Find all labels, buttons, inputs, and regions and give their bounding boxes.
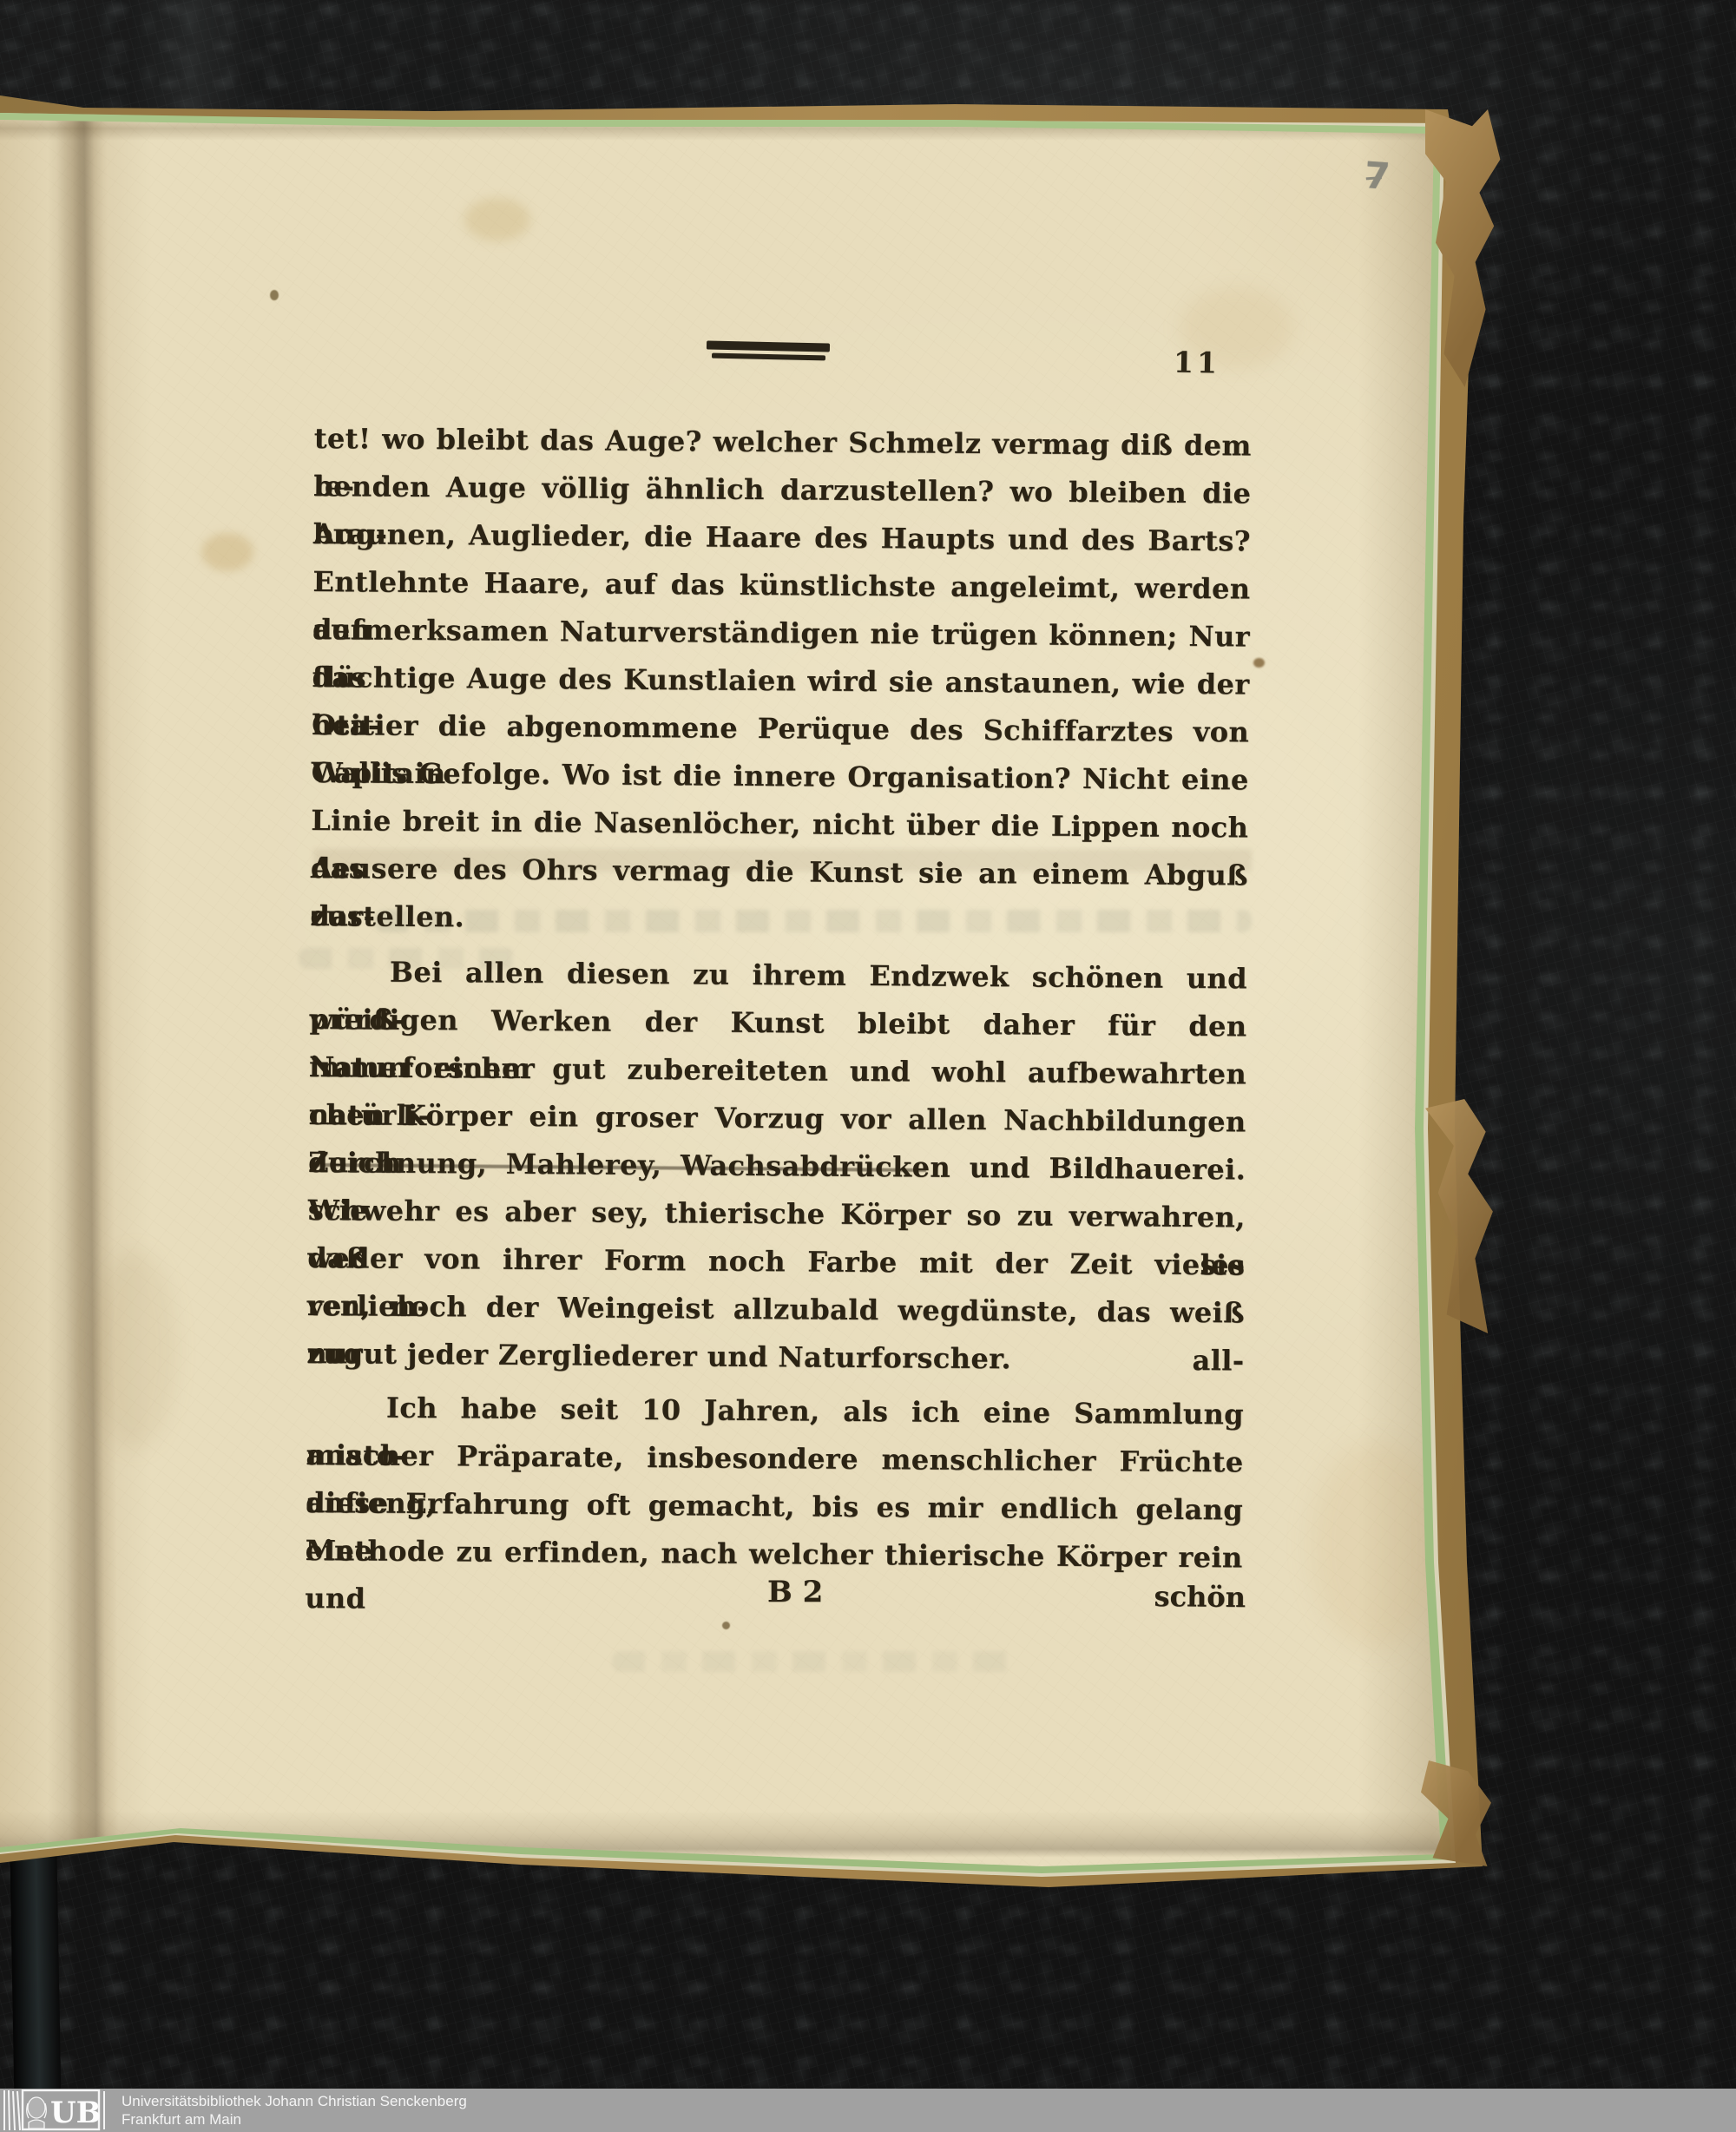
book-spines-icon bbox=[4, 2090, 20, 2130]
text-line: Ich habe seit 10 Jahren, als ich eine Sa… bbox=[306, 1384, 1244, 1438]
text-line: Linie breit in die Nasenlöcher, nicht üb… bbox=[311, 797, 1248, 852]
stain bbox=[464, 198, 530, 241]
stain bbox=[270, 290, 279, 300]
text-line: Zeichnung, Mahlerey, Wachsabdrücken und … bbox=[308, 1139, 1246, 1194]
paragraph: tet! wo bleibt das Auge? welcher Schmelz… bbox=[310, 415, 1252, 947]
text-line: braunen, Auglieder, die Haare des Haupts… bbox=[313, 510, 1251, 565]
paragraph: Ich habe seit 10 Jahren, als ich eine Sa… bbox=[306, 1384, 1245, 1582]
text-line: aufmerksamen Naturverständigen nie trüge… bbox=[312, 606, 1250, 661]
header-rule bbox=[707, 341, 830, 352]
text-line: mischer Präparate, insbesondere menschli… bbox=[306, 1431, 1243, 1486]
text-line: benden Auge völlig ähnlich darzustellen?… bbox=[313, 463, 1251, 517]
book-scan: 11 7 tet! wo bleibt das Auge? welcher Sc… bbox=[0, 0, 1736, 2132]
senckenberg-portrait-icon bbox=[27, 2097, 47, 2129]
stain bbox=[94, 1250, 176, 1450]
text-block: tet! wo bleibt das Auge? welcher Schmelz… bbox=[306, 415, 1252, 1582]
text-line: ren, noch der Weingeist allzubald wegdün… bbox=[307, 1282, 1245, 1337]
paragraph: Bei allen diesen zu ihrem Endzwek schöne… bbox=[306, 948, 1247, 1385]
text-line: flüchtige Auge des Kunstlaien wird sie a… bbox=[312, 654, 1249, 708]
page-number: 11 bbox=[1174, 345, 1221, 380]
text-line: Methode zu erfinden, nach welcher thieri… bbox=[306, 1527, 1243, 1582]
catchword: schön bbox=[1068, 1579, 1246, 1614]
stain bbox=[722, 1622, 730, 1629]
text-line: Aeusere des Ohrs vermag die Kunst sie an… bbox=[311, 845, 1248, 899]
library-name: Universitätsbibliothek Johann Christian … bbox=[122, 2092, 467, 2110]
ub-logo: UB bbox=[2, 2089, 111, 2131]
stain bbox=[201, 533, 253, 571]
text-line: diese Erfahrung oft gemacht, bis es mir … bbox=[306, 1479, 1243, 1534]
stain bbox=[1253, 658, 1265, 668]
text-line: chen Körper ein groser Vorzug vor allen … bbox=[308, 1091, 1246, 1146]
text-line: schwehr es aber sey, thierische Körper s… bbox=[308, 1187, 1246, 1241]
ub-logo-text: UB bbox=[50, 2096, 101, 2130]
text-line: zustellen. bbox=[310, 892, 1247, 947]
stain bbox=[1311, 1441, 1441, 1649]
text-line: Bei allen diesen zu ihrem Endzwek schöne… bbox=[310, 948, 1247, 1003]
text-line: tet! wo bleibt das Auge? welcher Schmelz… bbox=[314, 415, 1252, 470]
text-line: immer einem gut zubereiteten und wohl au… bbox=[309, 1043, 1246, 1098]
watermark-bar: UB Universitätsbibliothek Johann Christi… bbox=[0, 2089, 1736, 2132]
library-city: Frankfurt am Main bbox=[122, 2110, 467, 2129]
cover-board-edge-bottom bbox=[10, 1826, 62, 2132]
gutter-crease-shadow bbox=[56, 104, 119, 1849]
signature-mark: B 2 bbox=[767, 1575, 823, 1609]
text-line: weder von ihrer Form noch Farbe mit der … bbox=[307, 1234, 1245, 1289]
text-line: Entlehnte Haare, auf das künstlichste an… bbox=[312, 558, 1250, 613]
text-line: Wallis Gefolge. Wo ist die innere Organi… bbox=[312, 749, 1249, 804]
bleedthrough-text bbox=[612, 1651, 1020, 1672]
pencil-foliation-mark: 7 bbox=[1363, 154, 1391, 198]
library-watermark-text: Universitätsbibliothek Johann Christian … bbox=[122, 2092, 467, 2129]
text-line: heitier die abgenommene Perüque des Schi… bbox=[312, 701, 1249, 756]
text-line: würdigen Werken der Kunst bleibt daher f… bbox=[309, 996, 1246, 1050]
header-rule bbox=[712, 353, 825, 361]
